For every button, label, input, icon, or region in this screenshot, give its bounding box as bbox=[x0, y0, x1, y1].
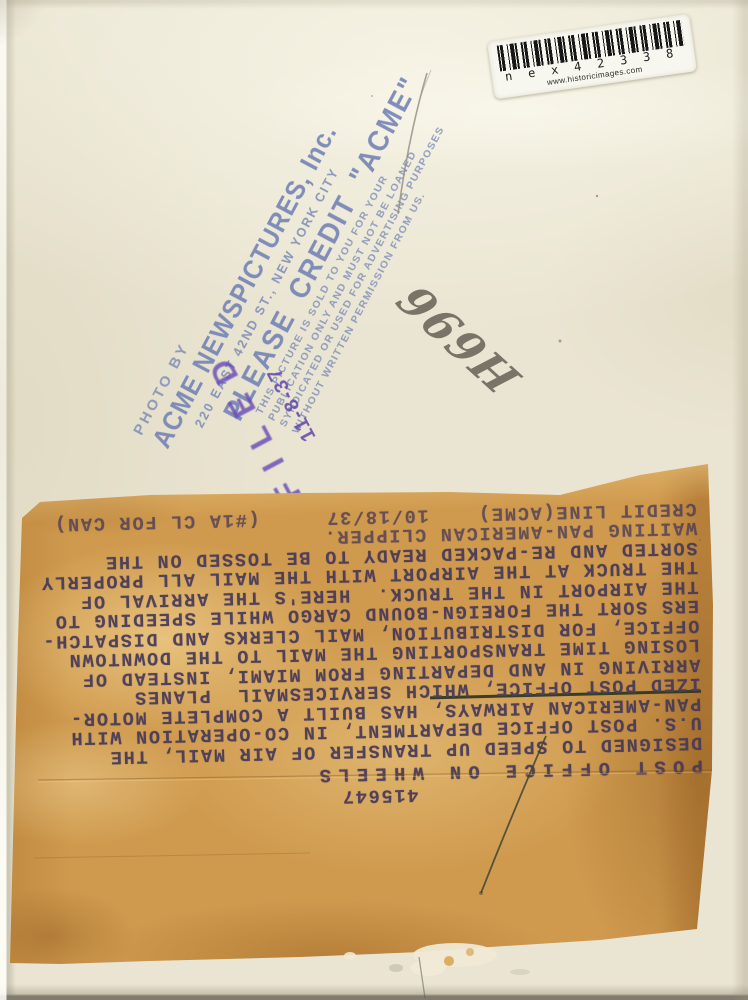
paper-remnant bbox=[444, 956, 454, 966]
caption-date: 10/18/37 bbox=[325, 505, 429, 527]
pencil-mark bbox=[419, 957, 425, 998]
archive-notation-handwritten: H696 bbox=[394, 279, 535, 401]
credit-agency: CREDIT LINE(ACME) bbox=[477, 498, 697, 523]
acme-credit-stamp: PHOTO BY ACME NEWSPICTURES, Inc. 220 EAS… bbox=[130, 0, 529, 502]
speck bbox=[596, 195, 598, 197]
caption-text-block: 415647 POST OFFICE ON WHEELS DESIGNED TO… bbox=[24, 497, 703, 813]
smudge bbox=[510, 969, 530, 975]
torn-paper-patch bbox=[410, 960, 446, 976]
caption-code: (#1A CL FOR CAN) bbox=[53, 509, 260, 534]
smudge bbox=[389, 964, 403, 972]
speck bbox=[559, 340, 562, 343]
paper-remnant bbox=[466, 948, 474, 956]
caption-sticker: 415647 POST OFFICE ON WHEELS DESIGNED TO… bbox=[8, 455, 714, 967]
press-photo-verso: PHOTO BY ACME NEWSPICTURES, Inc. 220 EAS… bbox=[0, 0, 748, 1000]
